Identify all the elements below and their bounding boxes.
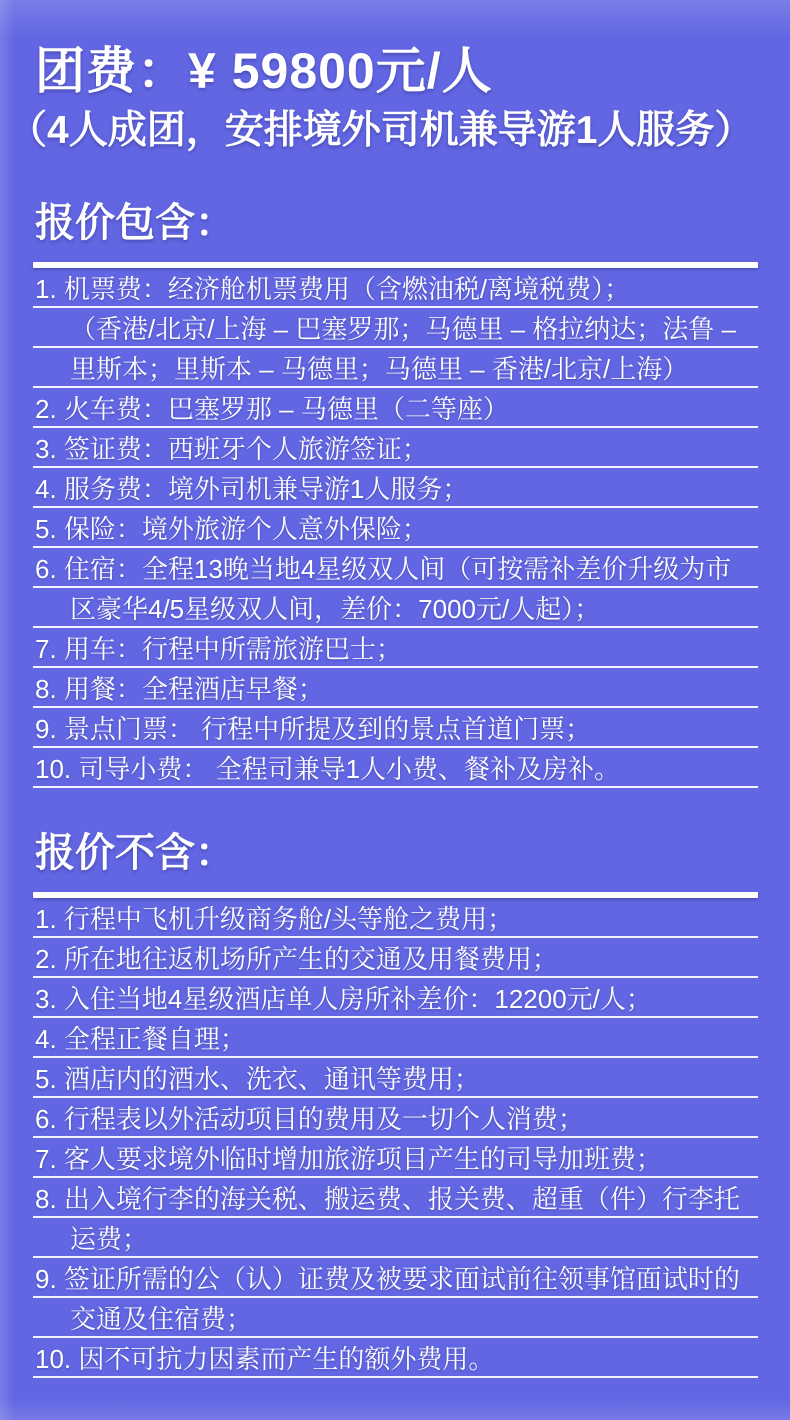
list-item-line: 6. 住宿：全程13晚当地4星级双人间（可按需补差价升级为市 [33,548,758,588]
list-item-line: 6. 行程表以外活动项目的费用及一切个人消费； [33,1098,758,1138]
list-item-line: 里斯本；里斯本 – 马德里；马德里 – 香港/北京/上海） [33,348,758,388]
include-list: 1. 机票费：经济舱机票费用（含燃油税/离境税费）； （香港/北京/上海 – 巴… [33,268,758,788]
list-item-line: 9. 景点门票： 行程中所提及到的景点首道门票； [33,708,758,748]
list-item-line: 区豪华4/5星级双人间，差价：7000元/人起）； [33,588,758,628]
list-item-line: （香港/北京/上海 – 巴塞罗那；马德里 – 格拉纳达；法鲁 – [33,308,758,348]
list-item-line: 10. 因不可抗力因素而产生的额外费用。 [33,1338,758,1378]
list-item-line: 3. 签证费：西班牙个人旅游签证； [33,428,758,468]
list-item-line: 4. 服务费：境外司机兼导游1人服务； [33,468,758,508]
list-item-line: 2. 火车费：巴塞罗那 – 马德里（二等座） [33,388,758,428]
list-item-line: 7. 用车：行程中所需旅游巴士； [33,628,758,668]
page-title: 团费：¥ 59800元/人 [35,42,790,100]
list-item-line: 1. 行程中飞机升级商务舱/头等舱之费用； [33,898,758,938]
list-item-line: 5. 保险：境外旅游个人意外保险； [33,508,758,548]
list-item-line: 运费； [33,1218,758,1258]
list-item-line: 1. 机票费：经济舱机票费用（含燃油税/离境税费）； [33,268,758,308]
include-section-heading: 报价包含： [35,200,790,246]
exclude-section-heading: 报价不含： [35,830,790,876]
list-item-line: 5. 酒店内的酒水、洗衣、通讯等费用； [33,1058,758,1098]
list-item-line: 8. 用餐：全程酒店早餐； [33,668,758,708]
list-item-line: 3. 入住当地4星级酒店单人房所补差价：12200元/人； [33,978,758,1018]
list-item-line: 10. 司导小费： 全程司兼导1人小费、餐补及房补。 [33,748,758,788]
list-item-line: 4. 全程正餐自理； [33,1018,758,1058]
pricing-flyer: 团费：¥ 59800元/人 （4人成团，安排境外司机兼导游1人服务） 报价包含：… [0,0,790,1420]
list-item-line: 交通及住宿费； [33,1298,758,1338]
list-item-line: 9. 签证所需的公（认）证费及被要求面试前往领事馆面试时的 [33,1258,758,1298]
list-item-line: 7. 客人要求境外临时增加旅游项目产生的司导加班费； [33,1138,758,1178]
page-subtitle: （4人成团，安排境外司机兼导游1人服务） [8,106,790,156]
list-item-line: 8. 出入境行李的海关税、搬运费、报关费、超重（件）行李托 [33,1178,758,1218]
list-item-line: 2. 所在地往返机场所产生的交通及用餐费用； [33,938,758,978]
exclude-list: 1. 行程中飞机升级商务舱/头等舱之费用； 2. 所在地往返机场所产生的交通及用… [33,898,758,1378]
